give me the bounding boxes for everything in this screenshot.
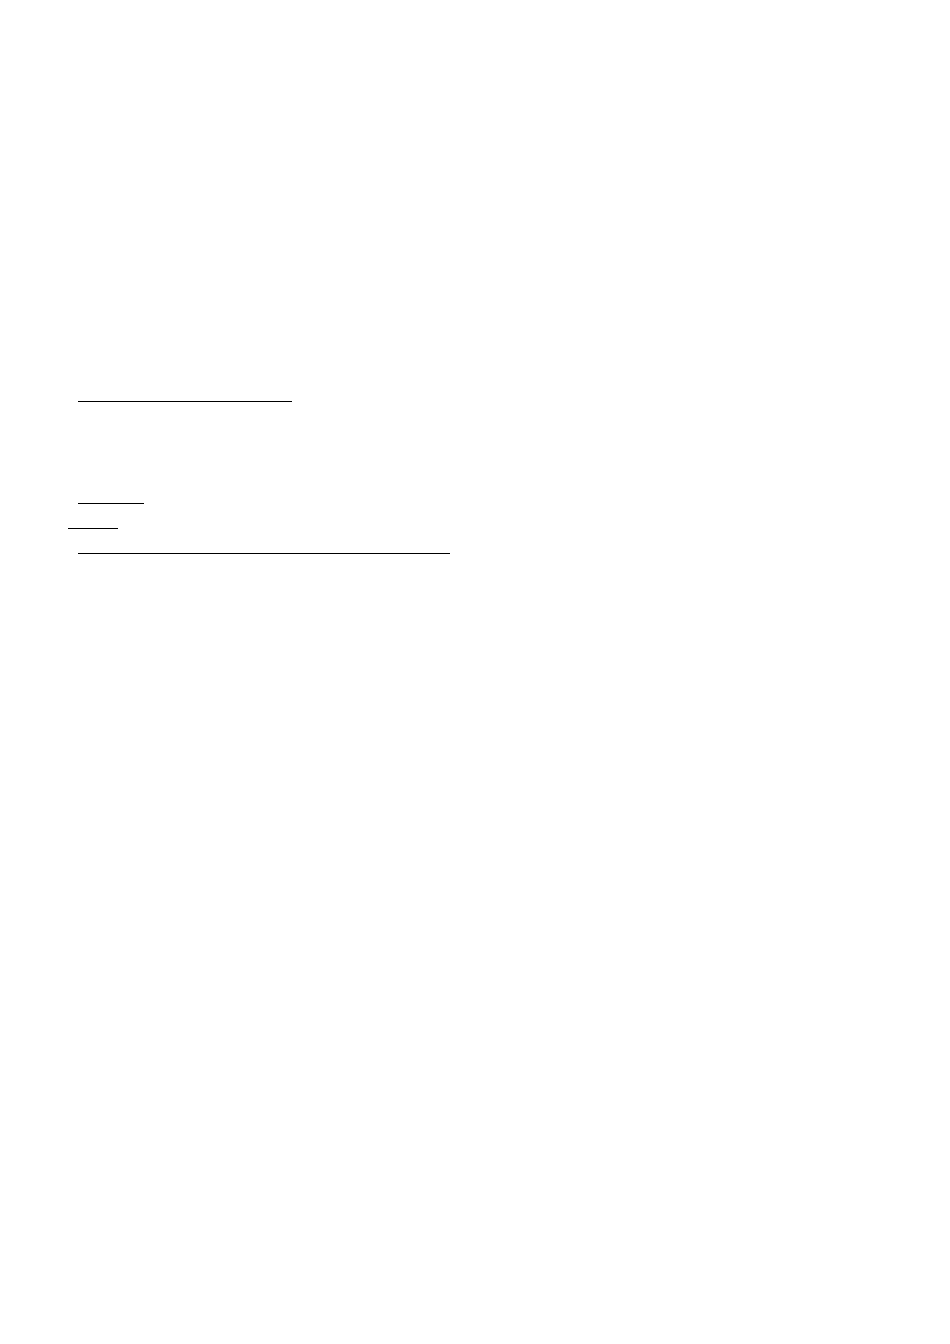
q1-part2 [78, 489, 144, 509]
answer-blank[interactable] [78, 489, 144, 504]
answer-blank[interactable] [78, 387, 228, 402]
answer-blank[interactable] [78, 539, 450, 554]
q1-step6 [78, 387, 292, 407]
q1-part3 [78, 539, 450, 559]
q1-part2-cont [68, 514, 118, 534]
answer-blank[interactable] [228, 387, 292, 402]
document-page [0, 0, 950, 1344]
answer-blank[interactable] [68, 514, 118, 529]
